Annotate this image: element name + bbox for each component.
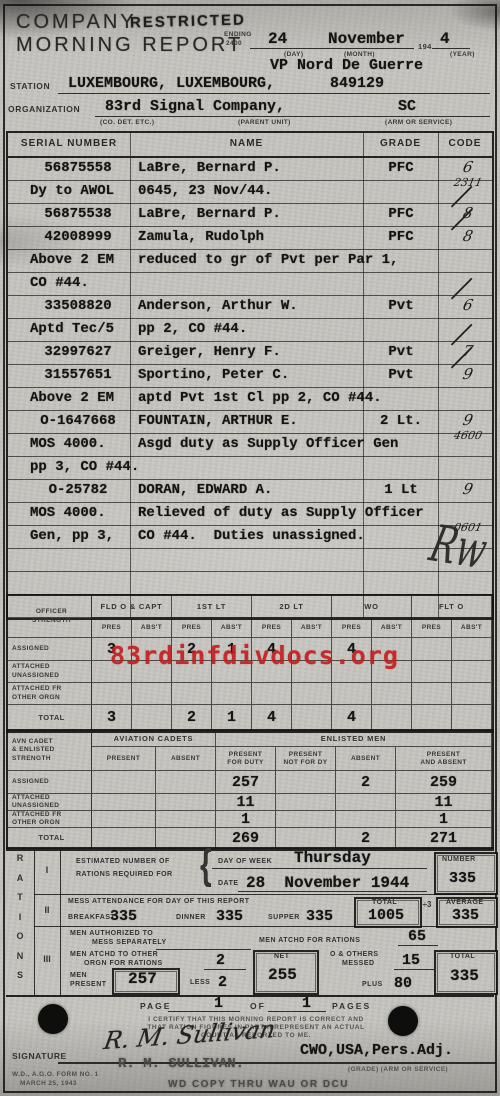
roster-row: 56875558LaBre, Bernard P.PFC6 <box>8 158 492 181</box>
watermark: 83rdinfdivdocs.org <box>110 641 399 670</box>
number-label: NUMBER <box>442 856 476 863</box>
roster-header: SERIAL NUMBER NAME GRADE CODE <box>8 133 492 158</box>
roster-code: 6 <box>440 158 496 176</box>
org-sublabel-1: (CO. DET. ETC.) <box>100 119 154 126</box>
page-underline <box>168 1011 240 1012</box>
officer-value: 3 <box>92 705 132 731</box>
roster-note: pp 3, CO #44. <box>30 459 139 475</box>
enlisted-value <box>92 794 156 811</box>
rations-roman-ii: II <box>36 905 58 915</box>
mess-sep-label2: MESS SEPARATELY <box>92 939 167 946</box>
year-underline <box>432 48 470 49</box>
of-label: OF <box>250 1001 266 1011</box>
roster-serial: 56875538 <box>22 206 134 222</box>
supper-value: 335 <box>306 908 333 925</box>
date-day: 24 <box>268 30 287 48</box>
station-number: 849129 <box>330 75 384 92</box>
roster-note-text: Relieved of duty as Supply Officer <box>138 505 424 521</box>
officer-value <box>452 705 492 731</box>
officer-value <box>332 683 372 705</box>
others-label1: O & OTHERS <box>330 951 379 958</box>
officer-subcol: PRES <box>92 618 132 638</box>
roster-row: Dy to AWOL0645, 23 Nov/44.2311 <box>8 181 492 204</box>
officer-value: 4 <box>332 705 372 731</box>
roster-vline <box>363 133 364 156</box>
officer-row-label: ATTACHED UNASSIGNED <box>8 661 92 683</box>
organization-branch: SC <box>398 98 416 115</box>
rations-letter: I <box>6 912 34 932</box>
rations-vline <box>60 849 61 995</box>
roster-row: Aptd Tec/5pp 2, CO #44. <box>8 319 492 342</box>
enlisted-value <box>336 794 396 811</box>
roster-row: 42008999Zamula, RudolphPFC8 <box>8 227 492 250</box>
atchd-other-value: 2 <box>216 952 225 969</box>
dinner-value: 335 <box>216 908 243 925</box>
page-number: 1 <box>214 995 223 1012</box>
org-sublabel-2: (PARENT UNIT) <box>238 119 291 126</box>
officer-value: 4 <box>252 705 292 731</box>
roster-note-text: 0645, 23 Nov/44. <box>138 183 272 199</box>
roster-grade: 2 Lt. <box>364 413 438 429</box>
less-label: LESS <box>190 979 210 986</box>
roster-vline <box>438 133 439 156</box>
rations-divider <box>34 926 494 927</box>
enlisted-subcol: PRESENT FOR DUTY <box>216 747 276 771</box>
enlisted-row-label: ATTACHED UNASSIGNED <box>8 794 92 811</box>
mess-sep-label1: MEN AUTHORIZED TO <box>70 930 153 937</box>
roster-code: 9 <box>440 480 496 498</box>
net-label: NET <box>274 953 290 960</box>
officer-subcol: ABS'T <box>132 618 172 638</box>
enlisted-value <box>276 828 336 849</box>
form-date: MARCH 25, 1943 <box>20 1080 77 1087</box>
officer-value <box>372 683 412 705</box>
enlisted-row-label: TOTAL <box>8 828 92 849</box>
officer-subcol: PRES <box>332 618 372 638</box>
roster-body: 56875558LaBre, Bernard P.PFC6Dy to AWOL0… <box>8 158 492 618</box>
signer-title: CWO,USA,Pers.Adj. <box>300 1042 453 1059</box>
roster-note: CO #44. <box>30 275 89 291</box>
officer-value <box>172 683 212 705</box>
roster-row: Above 2 EMreduced to gr of Pvt per Par 1… <box>8 250 492 273</box>
station-label: STATION <box>10 81 50 91</box>
rations-letter: T <box>6 892 34 912</box>
enlisted-value <box>156 794 216 811</box>
rations-letter: S <box>6 970 34 990</box>
year-sublabel: (YEAR) <box>450 51 475 58</box>
enlisted-men-group: ENLISTED MEN <box>216 731 492 747</box>
roster-note: MOS 4000. <box>30 436 106 452</box>
enlisted-value <box>156 811 216 828</box>
grade-arm-sublabel: (GRADE) (ARM OR SERVICE) <box>348 1066 448 1073</box>
roster-grade: PFC <box>364 229 438 245</box>
punch-hole-right <box>388 1006 418 1036</box>
station-underline <box>58 93 490 94</box>
pages-underline <box>268 1011 326 1012</box>
officer-value <box>92 683 132 705</box>
officer-value <box>292 683 332 705</box>
officer-subcol: ABS'T <box>452 618 492 638</box>
pages-number: 1 <box>302 995 311 1012</box>
enlisted-value: 271 <box>396 828 492 849</box>
officer-group-1: FLD O & CAPT <box>92 596 172 618</box>
plus-label: PLUS <box>362 981 383 988</box>
enlisted-value <box>336 811 396 828</box>
organization-underline <box>95 116 490 117</box>
roster-serial: 31557651 <box>22 367 134 383</box>
officer-value <box>132 683 172 705</box>
date-month: November <box>328 30 405 48</box>
roster-row: 31557651Sportino, Peter C.Pvt9 <box>8 365 492 388</box>
atchd-rations-value: 65 <box>408 928 426 945</box>
roster-col-grade: GRADE <box>363 138 438 149</box>
roster-note: Aptd Tec/5 <box>30 321 114 337</box>
supper-label: SUPPER <box>268 914 300 921</box>
day-of-week-underline <box>212 868 427 869</box>
officer-value <box>372 705 412 731</box>
officer-value <box>452 661 492 683</box>
signature-typed: R. M. SULLIVAN. <box>118 1056 244 1072</box>
officer-value <box>132 705 172 731</box>
present-label: PRESENT <box>70 981 107 988</box>
enlisted-strength-header-label: AVN CADET & ENLISTED STRENGTH <box>8 731 92 771</box>
officer-value <box>292 705 332 731</box>
enlisted-value: 11 <box>396 794 492 811</box>
enlisted-value: 257 <box>216 771 276 794</box>
roster-vline <box>130 133 131 156</box>
enlisted-value <box>276 811 336 828</box>
roster-row: Above 2 EMaptd Pvt 1st Cl pp 2, CO #44. <box>8 388 492 411</box>
enlisted-value: 1 <box>396 811 492 828</box>
enlisted-value: 2 <box>336 828 396 849</box>
roster-serial: 56875558 <box>22 160 134 176</box>
mess-sep-underline <box>156 949 251 950</box>
atchd-other-label1: MEN ATCHD TO OTHER <box>70 951 158 958</box>
roster-code: 2311 <box>453 176 500 189</box>
enlisted-value <box>92 828 156 849</box>
roster-note-text: Asgd duty as Supply Officer Gen <box>138 436 398 452</box>
punch-hole-left <box>38 1004 68 1034</box>
enlisted-subcol: PRESENT AND ABSENT <box>396 747 492 771</box>
roster-grade: PFC <box>364 160 438 176</box>
rations-divider <box>34 894 494 895</box>
date-underline <box>250 48 414 49</box>
officer-value <box>252 683 292 705</box>
rations-roman-i: I <box>36 865 58 875</box>
officer-row-label: ASSIGNED <box>8 638 92 661</box>
officer-strength-header-label: OFFICER STRENGTH <box>8 596 92 638</box>
roster-code: 9 <box>440 365 496 383</box>
rations-letter: O <box>6 931 34 951</box>
roster-grade: Pvt <box>364 298 438 314</box>
roster-grade: PFC <box>364 206 438 222</box>
roster-row: MOS 4000.Asgd duty as Supply Officer Gen… <box>8 434 492 457</box>
atchd-rations-underline <box>398 945 438 946</box>
rations-roman-iii: III <box>36 954 58 964</box>
officer-subcol: ABS'T <box>292 618 332 638</box>
roster-serial: 33508820 <box>22 298 134 314</box>
roster-note: Gen, pp 3, <box>30 528 114 544</box>
officer-subcol: PRES <box>172 618 212 638</box>
roster-serial: O-1647668 <box>22 413 134 429</box>
officer-value: 2 <box>172 705 212 731</box>
officer-group-5: FLT O <box>412 596 492 618</box>
roster-note-text: reduced to gr of Pvt per Par 1, <box>138 252 398 268</box>
atchd-other-label2: ORGN FOR RATIONS <box>84 960 163 967</box>
brace: { <box>200 842 212 890</box>
rations-i-label2: RATIONS REQUIRED FOR <box>76 871 173 878</box>
roster-code: 6 <box>440 296 496 314</box>
atchd-other-underline <box>204 969 246 970</box>
less-value: 2 <box>218 974 227 991</box>
roster-name: LaBre, Bernard P. <box>138 206 281 222</box>
roster-serial: 42008999 <box>22 229 134 245</box>
others-value: 15 <box>402 952 420 969</box>
mess-total-value: 1005 <box>368 907 404 924</box>
officer-value <box>412 705 452 731</box>
roster-name: DORAN, EDWARD A. <box>138 482 272 498</box>
aviation-cadets-group: AVIATION CADETS <box>92 731 216 747</box>
date-underline2 <box>238 891 427 892</box>
officer-group-3: 2D LT <box>252 596 332 618</box>
rations-total-value: 335 <box>450 967 479 985</box>
form-title-line1: COMPANY <box>16 11 137 34</box>
form-number: W.D., A.G.O. FORM NO. 1 <box>12 1071 99 1078</box>
date-value: 28 November 1944 <box>246 874 409 892</box>
officer-value: 1 <box>212 705 252 731</box>
roster-name: Zamula, Rudolph <box>138 229 264 245</box>
rations-letter: N <box>6 951 34 971</box>
day-of-week-value: Thursday <box>294 849 371 867</box>
enlisted-value: 1 <box>216 811 276 828</box>
enlisted-subcol: PRESENT <box>92 747 156 771</box>
rations-vertical-label: RATIONS <box>6 853 34 990</box>
others-underline <box>394 969 434 970</box>
net-value: 255 <box>268 966 297 984</box>
enlisted-value: 11 <box>216 794 276 811</box>
rations-vline <box>34 849 35 995</box>
date-year-digit: 4 <box>440 30 450 48</box>
date-label: DATE <box>218 880 239 887</box>
roster-grade: Pvt <box>364 344 438 360</box>
day-of-week-label: DAY OF WEEK <box>218 858 272 865</box>
organization-label: ORGANIZATION <box>8 104 80 114</box>
rations-i-label1: ESTIMATED NUMBER OF <box>76 858 170 865</box>
enlisted-value <box>156 771 216 794</box>
enlisted-value <box>276 771 336 794</box>
enlisted-value <box>276 794 336 811</box>
roster-row: CO #44. <box>8 273 492 296</box>
average-label: AVERAGE <box>446 899 484 906</box>
roster-row: pp 3, CO #44. <box>8 457 492 480</box>
average-value: 335 <box>452 907 479 924</box>
enlisted-subcol: ABSENT <box>156 747 216 771</box>
enlisted-value <box>92 811 156 828</box>
roster-note-text: CO #44. Duties unassigned. <box>138 528 365 544</box>
enlisted-row-label: ATTACHED FR OTHER ORGN <box>8 811 92 828</box>
breakfast-value: 335 <box>110 908 137 925</box>
roster-name: Greiger, Henry F. <box>138 344 281 360</box>
officer-group-2: 1ST LT <box>172 596 252 618</box>
roster-table: SERIAL NUMBER NAME GRADE CODE 56875558La… <box>6 131 494 620</box>
copy-line: WD COPY THRU WAU OR DCU <box>168 1079 349 1090</box>
roster-grade: 1 Lt <box>364 482 438 498</box>
roster-serial: O-25782 <box>22 482 134 498</box>
rations-letter: R <box>6 853 34 873</box>
page-label: PAGE <box>140 1001 171 1011</box>
roster-grade: Pvt <box>364 367 438 383</box>
form-title-line2: MORNING REPORT <box>16 34 243 57</box>
roster-row: 56875538LaBre, Bernard P.PFC8 <box>8 204 492 227</box>
enlisted-row-label: ASSIGNED <box>8 771 92 794</box>
officer-subcol: PRES <box>412 618 452 638</box>
enlisted-value <box>92 771 156 794</box>
roster-row: 33508820Anderson, Arthur W.Pvt6 <box>8 296 492 319</box>
rations-total-label: TOTAL <box>450 953 475 960</box>
enlisted-strength-table: AVN CADET & ENLISTED STRENGTHAVIATION CA… <box>6 729 494 851</box>
officer-subcol: ABS'T <box>212 618 252 638</box>
officer-value <box>452 638 492 661</box>
ending-label: ENDING <box>224 31 252 38</box>
roster-row: MOS 4000.Relieved of duty as Supply Offi… <box>8 503 492 526</box>
roster-col-serial: SERIAL NUMBER <box>8 138 130 149</box>
rations-letter: A <box>6 873 34 893</box>
roster-row: 32997627Greiger, Henry F.Pvt7 <box>8 342 492 365</box>
censor-code-line: VP Nord De Guerre <box>270 57 423 74</box>
enlisted-value: 259 <box>396 771 492 794</box>
roster-serial: 32997627 <box>22 344 134 360</box>
enlisted-subcol: ABSENT <box>336 747 396 771</box>
restricted-stamp: RESTRICTED <box>130 11 246 31</box>
roster-note-text: pp 2, CO #44. <box>138 321 247 337</box>
organization-value: 83rd Signal Company, <box>105 98 285 115</box>
roster-name: Sportino, Peter C. <box>138 367 289 383</box>
men-label: MEN <box>70 972 87 979</box>
mess-attendance-label: MESS ATTENDANCE FOR DAY OF THIS REPORT <box>68 898 250 905</box>
roster-row: O-25782DORAN, EDWARD A.1 Lt9 <box>8 480 492 503</box>
officer-value <box>412 638 452 661</box>
officer-subcol: PRES <box>252 618 292 638</box>
roster-note-text: aptd Pvt 1st Cl pp 2, CO #44. <box>138 390 382 406</box>
divide-label: ÷3 <box>421 901 433 910</box>
roster-code: 8 <box>440 227 496 245</box>
roster-name: Anderson, Arthur W. <box>138 298 298 314</box>
rations-section: RATIONS I II III ESTIMATED NUMBER OF RAT… <box>6 847 494 997</box>
officer-row-label: ATTACHED FR OTHER ORGN <box>8 683 92 705</box>
plus-value: 80 <box>394 975 412 992</box>
footer-section: PAGE 1 OF 1 PAGES I CERTIFY THAT THIS MO… <box>6 993 494 1093</box>
number-value: 335 <box>449 870 476 887</box>
date-year-preprint: 194 <box>418 42 432 51</box>
dinner-label: DINNER <box>176 914 206 921</box>
men-present-value: 257 <box>128 970 157 988</box>
ending-time: 2400 <box>226 40 242 47</box>
enlisted-subcol: PRESENT NOT FOR DY <box>276 747 336 771</box>
atchd-rations-label: MEN ATCHD FOR RATIONS <box>259 937 360 944</box>
signature-label: SIGNATURE <box>12 1051 67 1061</box>
others-label2: MESSED <box>342 960 375 967</box>
roster-code: 4600 <box>453 429 500 442</box>
breakfast-label: BREAKFAST <box>68 914 115 921</box>
org-sublabel-3: (ARM OR SERVICE) <box>385 119 452 126</box>
roster-col-name: NAME <box>130 138 363 149</box>
roster-col-code: CODE <box>438 138 492 149</box>
pages-label: PAGES <box>332 1001 371 1011</box>
officer-value <box>412 661 452 683</box>
mess-total-label: TOTAL <box>372 899 397 906</box>
roster-row: O-1647668FOUNTAIN, ARTHUR E.2 Lt.9 <box>8 411 492 434</box>
scanned-morning-report: COMPANY MORNING REPORT RESTRICTED ENDING… <box>0 0 500 1096</box>
officer-value <box>412 683 452 705</box>
enlisted-value: 269 <box>216 828 276 849</box>
officer-value <box>212 683 252 705</box>
officer-row-label: TOTAL <box>8 705 92 731</box>
roster-note: MOS 4000. <box>30 505 106 521</box>
roster-name: LaBre, Bernard P. <box>138 160 281 176</box>
station-value: LUXEMBOURG, LUXEMBOURG, <box>68 75 275 92</box>
officer-group-4: WO <box>332 596 412 618</box>
enlisted-value: 2 <box>336 771 396 794</box>
roster-row <box>8 549 492 572</box>
roster-note: Above 2 EM <box>30 390 114 406</box>
officer-value <box>452 683 492 705</box>
roster-note: Above 2 EM <box>30 252 114 268</box>
roster-row: Gen, pp 3,CO #44. Duties unassigned.0601 <box>8 526 492 549</box>
roster-code: 9 <box>440 411 496 429</box>
officer-subcol: ABS'T <box>372 618 412 638</box>
roster-row <box>8 572 492 595</box>
roster-note: Dy to AWOL <box>30 183 114 199</box>
roster-name: FOUNTAIN, ARTHUR E. <box>138 413 298 429</box>
